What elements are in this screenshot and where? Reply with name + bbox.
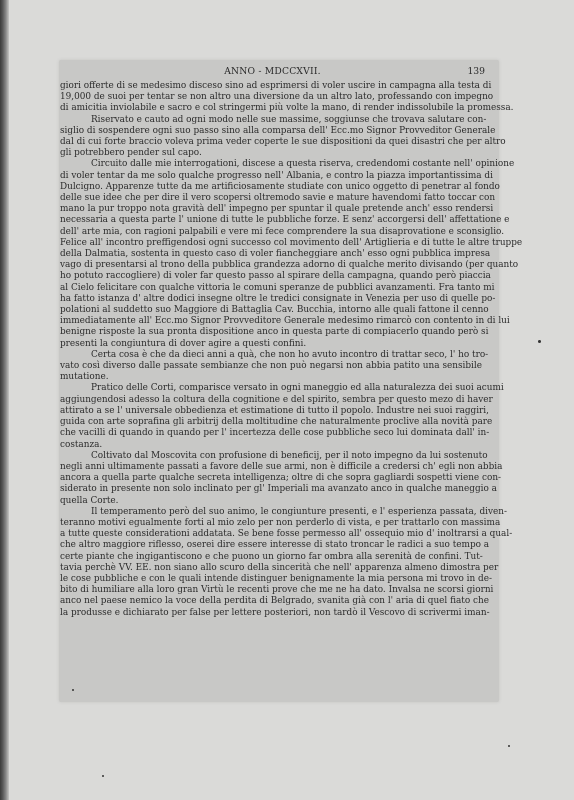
page-number: 139: [467, 66, 485, 77]
text-line: al Cielo felicitare con qualche vittoria…: [60, 283, 482, 294]
scan-speck: [102, 775, 104, 777]
text-line: dal di cui forte braccio voleva prima ve…: [60, 137, 482, 148]
paragraph: Circuito dalle mie interrogationi, disce…: [60, 159, 482, 349]
text-line: bito di humiliare alla loro gran Virtù l…: [60, 585, 482, 596]
text-line: ha fatto istanza d' altre dodici insegne…: [60, 294, 482, 305]
paragraph: Coltivato dal Moscovita con profusione d…: [60, 451, 482, 507]
scan-speck: [72, 689, 74, 691]
text-line: Dulcigno. Apparenze tutte da me artifici…: [60, 182, 482, 193]
text-line: anco nel paese nemico la voce della perd…: [60, 596, 482, 607]
text-line: Il temperamento però del suo animo, le c…: [60, 507, 482, 518]
text-line: vago di presentarsi al trono della pubbl…: [60, 260, 482, 271]
text-line: di voler tentar da me solo qualche progr…: [60, 171, 482, 182]
running-head: ANNO - MDCCXVII. 139: [60, 66, 485, 80]
text-line: Pratico delle Corti, comparisce versato …: [60, 383, 482, 394]
text-line: siglio di sospendere ogni suo passo sino…: [60, 126, 482, 137]
text-line: la produsse e dichiarato per false per l…: [60, 608, 482, 619]
text-line: quella Corte.: [60, 496, 482, 507]
text-line: mutatione.: [60, 372, 482, 383]
text-line: Felice all' incontro preffigendosi ogni …: [60, 238, 482, 249]
text-line: costanza.: [60, 440, 482, 451]
paragraph: Riservato e cauto ad ogni modo nelle sue…: [60, 115, 482, 160]
paragraph: giori offerte di se medesimo disceso sin…: [60, 81, 482, 115]
body-text: giori offerte di se medesimo disceso sin…: [60, 81, 482, 619]
text-line: negli anni ultimamente passati a favore …: [60, 462, 482, 473]
text-line: della Dalmatia, sostenta in questo caso …: [60, 249, 482, 260]
text-line: benigne risposte la sua pronta dispositi…: [60, 327, 482, 338]
text-line: che vacilli di quando in quando per l' i…: [60, 428, 482, 439]
text-line: a tutte queste considerationi addatata. …: [60, 529, 482, 540]
text-line: che altro maggiore riflesso, oserei dire…: [60, 540, 482, 551]
text-line: attirato a se l' universale obbedienza e…: [60, 406, 482, 417]
text-line: ho potuto raccogliere) di voler far ques…: [60, 271, 482, 282]
running-title: ANNO - MDCCXVII.: [60, 66, 485, 77]
text-line: le cose pubbliche e con le quali intende…: [60, 574, 482, 585]
scan-speck: [508, 745, 510, 747]
text-line: dell' arte mia, con ragioni palpabili e …: [60, 227, 482, 238]
text-line: necessaria a questa parte l' unione di t…: [60, 215, 482, 226]
text-line: guida con arte soprafina gli arbitrij de…: [60, 417, 482, 428]
text-line: presenti la congiuntura di dover agire a…: [60, 339, 482, 350]
text-line: giori offerte di se medesimo disceso sin…: [60, 81, 482, 92]
text-line: Riservato e cauto ad ogni modo nelle sue…: [60, 115, 482, 126]
text-line: Certa cosa è che da dieci anni a quà, ch…: [60, 350, 482, 361]
text-line: ancora a quella parte qualche secreta in…: [60, 473, 482, 484]
text-line: certe piante che ingigantiscono e che pu…: [60, 552, 482, 563]
paragraph: Il temperamento però del suo animo, le c…: [60, 507, 482, 619]
text-line: di amicitia inviolabile e sacro e col st…: [60, 103, 482, 114]
text-line: vato così diverso dalle passate sembianz…: [60, 361, 482, 372]
text-line: mano la pur troppo nota gravità dell' im…: [60, 204, 482, 215]
book-binding-edge: [0, 0, 9, 800]
text-line: immediatamente all' Ecc.mo Signor Provve…: [60, 316, 482, 327]
text-line: delle sue idee che per dire il vero scop…: [60, 193, 482, 204]
text-line: tavia perchè VV. EE. non siano allo scur…: [60, 563, 482, 574]
scan-speck: [538, 340, 541, 343]
text-line: 19,000 de suoi per tentar se non altro u…: [60, 92, 482, 103]
text-line: teranno motivi egualmente forti al mio z…: [60, 518, 482, 529]
text-line: gli potrebbero pender sul capo.: [60, 148, 482, 159]
text-line: siderato in presente non solo inclinato …: [60, 484, 482, 495]
paragraph: Certa cosa è che da dieci anni a quà, ch…: [60, 350, 482, 384]
text-line: aggiungendosi adesso la coltura della co…: [60, 395, 482, 406]
text-line: Circuito dalle mie interrogationi, disce…: [60, 159, 482, 170]
paragraph: Pratico delle Corti, comparisce versato …: [60, 383, 482, 450]
text-line: polationi al suddetto suo Maggiore di Ba…: [60, 305, 482, 316]
text-line: Coltivato dal Moscovita con profusione d…: [60, 451, 482, 462]
